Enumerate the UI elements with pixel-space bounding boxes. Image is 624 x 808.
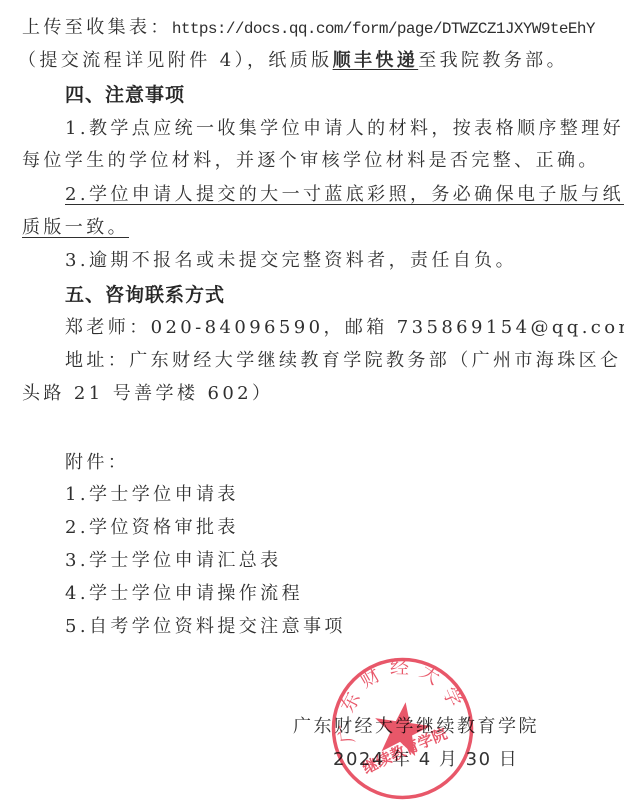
attachment-item-3: 3.学士学位申请汇总表 (65, 550, 282, 572)
submit-prefix: 上传至收集表： (22, 17, 172, 38)
attachment-item-2: 2.学位资格审批表 (65, 517, 239, 539)
address-line-1: 地址：广东财经大学继续教育学院教务部（广州市海珠区仑 (65, 350, 621, 372)
signature-organization: 广东财经大学继续教育学院 (293, 716, 539, 738)
attachments-label: 附件： (65, 452, 129, 474)
address-line-2: 头路 21 号善学楼 602） (22, 383, 273, 405)
form-url-link[interactable]: https://docs.qq.com/form/page/DTWZCZ1JXY… (172, 20, 595, 38)
submit-line2-prefix: （提交流程详见附件 4），纸质版 (18, 50, 333, 71)
section4-item1-line2: 每位学生的学位材料，并逐个审核学位材料是否完整、正确。 (22, 150, 600, 172)
section4-item3: 3.逾期不报名或未提交完整资料者，责任自负。 (65, 250, 517, 272)
submit-line-2: （提交流程详见附件 4），纸质版顺丰快递至我院教务部。 (18, 50, 568, 72)
signature-date: 2024 年 4 月 30 日 (333, 749, 518, 771)
section5-heading: 五、咨询联系方式 (65, 283, 225, 307)
attachment-item-5: 5.自考学位资料提交注意事项 (65, 616, 346, 638)
submit-line2-suffix: 至我院教务部。 (418, 50, 568, 71)
section4-heading: 四、注意事项 (65, 83, 185, 107)
contact-line: 郑老师：020-84096590，邮箱 735869154@qq.com (65, 317, 624, 339)
attachment-item-4: 4.学士学位申请操作流程 (65, 583, 303, 605)
section4-item1-line1: 1.教学点应统一收集学位申请人的材料，按表格顺序整理好 (65, 118, 624, 140)
section4-item2-line1: 2.学位申请人提交的大一寸蓝底彩照，务必确保电子版与纸 (65, 184, 624, 206)
submit-line-1: 上传至收集表：https://docs.qq.com/form/page/DTW… (22, 17, 595, 40)
express-emphasis: 顺丰快递 (333, 50, 419, 71)
attachment-item-1: 1.学士学位申请表 (65, 484, 239, 506)
section4-item2-line2: 质版一致。 (22, 217, 129, 239)
